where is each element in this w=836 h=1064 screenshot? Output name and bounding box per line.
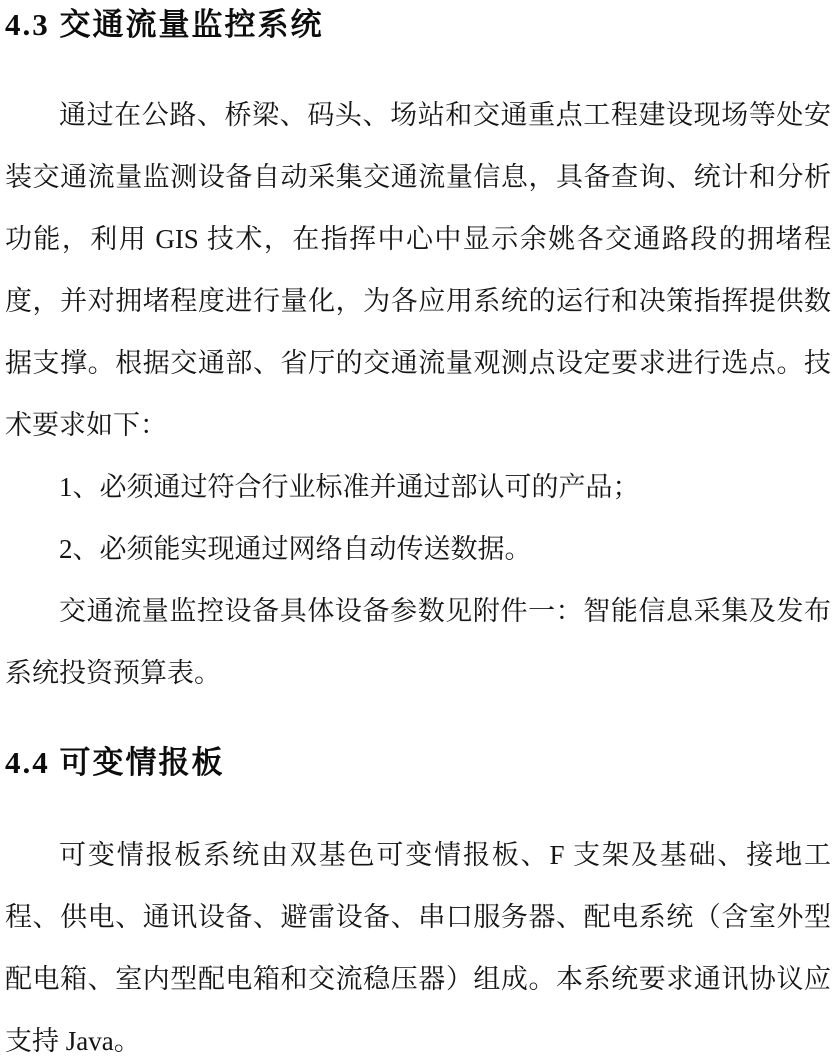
list-item-requirement-2: 2、必须能实现通过网络自动传送数据。 [5,518,831,580]
paragraph-traffic-monitoring-intro: 通过在公路、桥梁、码头、场站和交通重点工程建设现场等处安装交通流量监测设备自动采… [5,84,831,456]
paragraph-variable-message-sign: 可变情报板系统由双基色可变情报板、F 支架及基础、接地工程、供电、通讯设备、避雷… [5,824,831,1064]
section-heading-4-4: 4.4 可变情报板 [5,746,831,780]
document-page: 4.3 交通流量监控系统 通过在公路、桥梁、码头、场站和交通重点工程建设现场等处… [0,0,836,1064]
section-heading-4-3: 4.3 交通流量监控系统 [5,8,831,42]
paragraph-attachment-reference: 交通流量监控设备具体设备参数见附件一：智能信息采集及发布系统投资预算表。 [5,580,831,704]
list-item-requirement-1: 1、必须通过符合行业标准并通过部认可的产品； [5,456,831,518]
